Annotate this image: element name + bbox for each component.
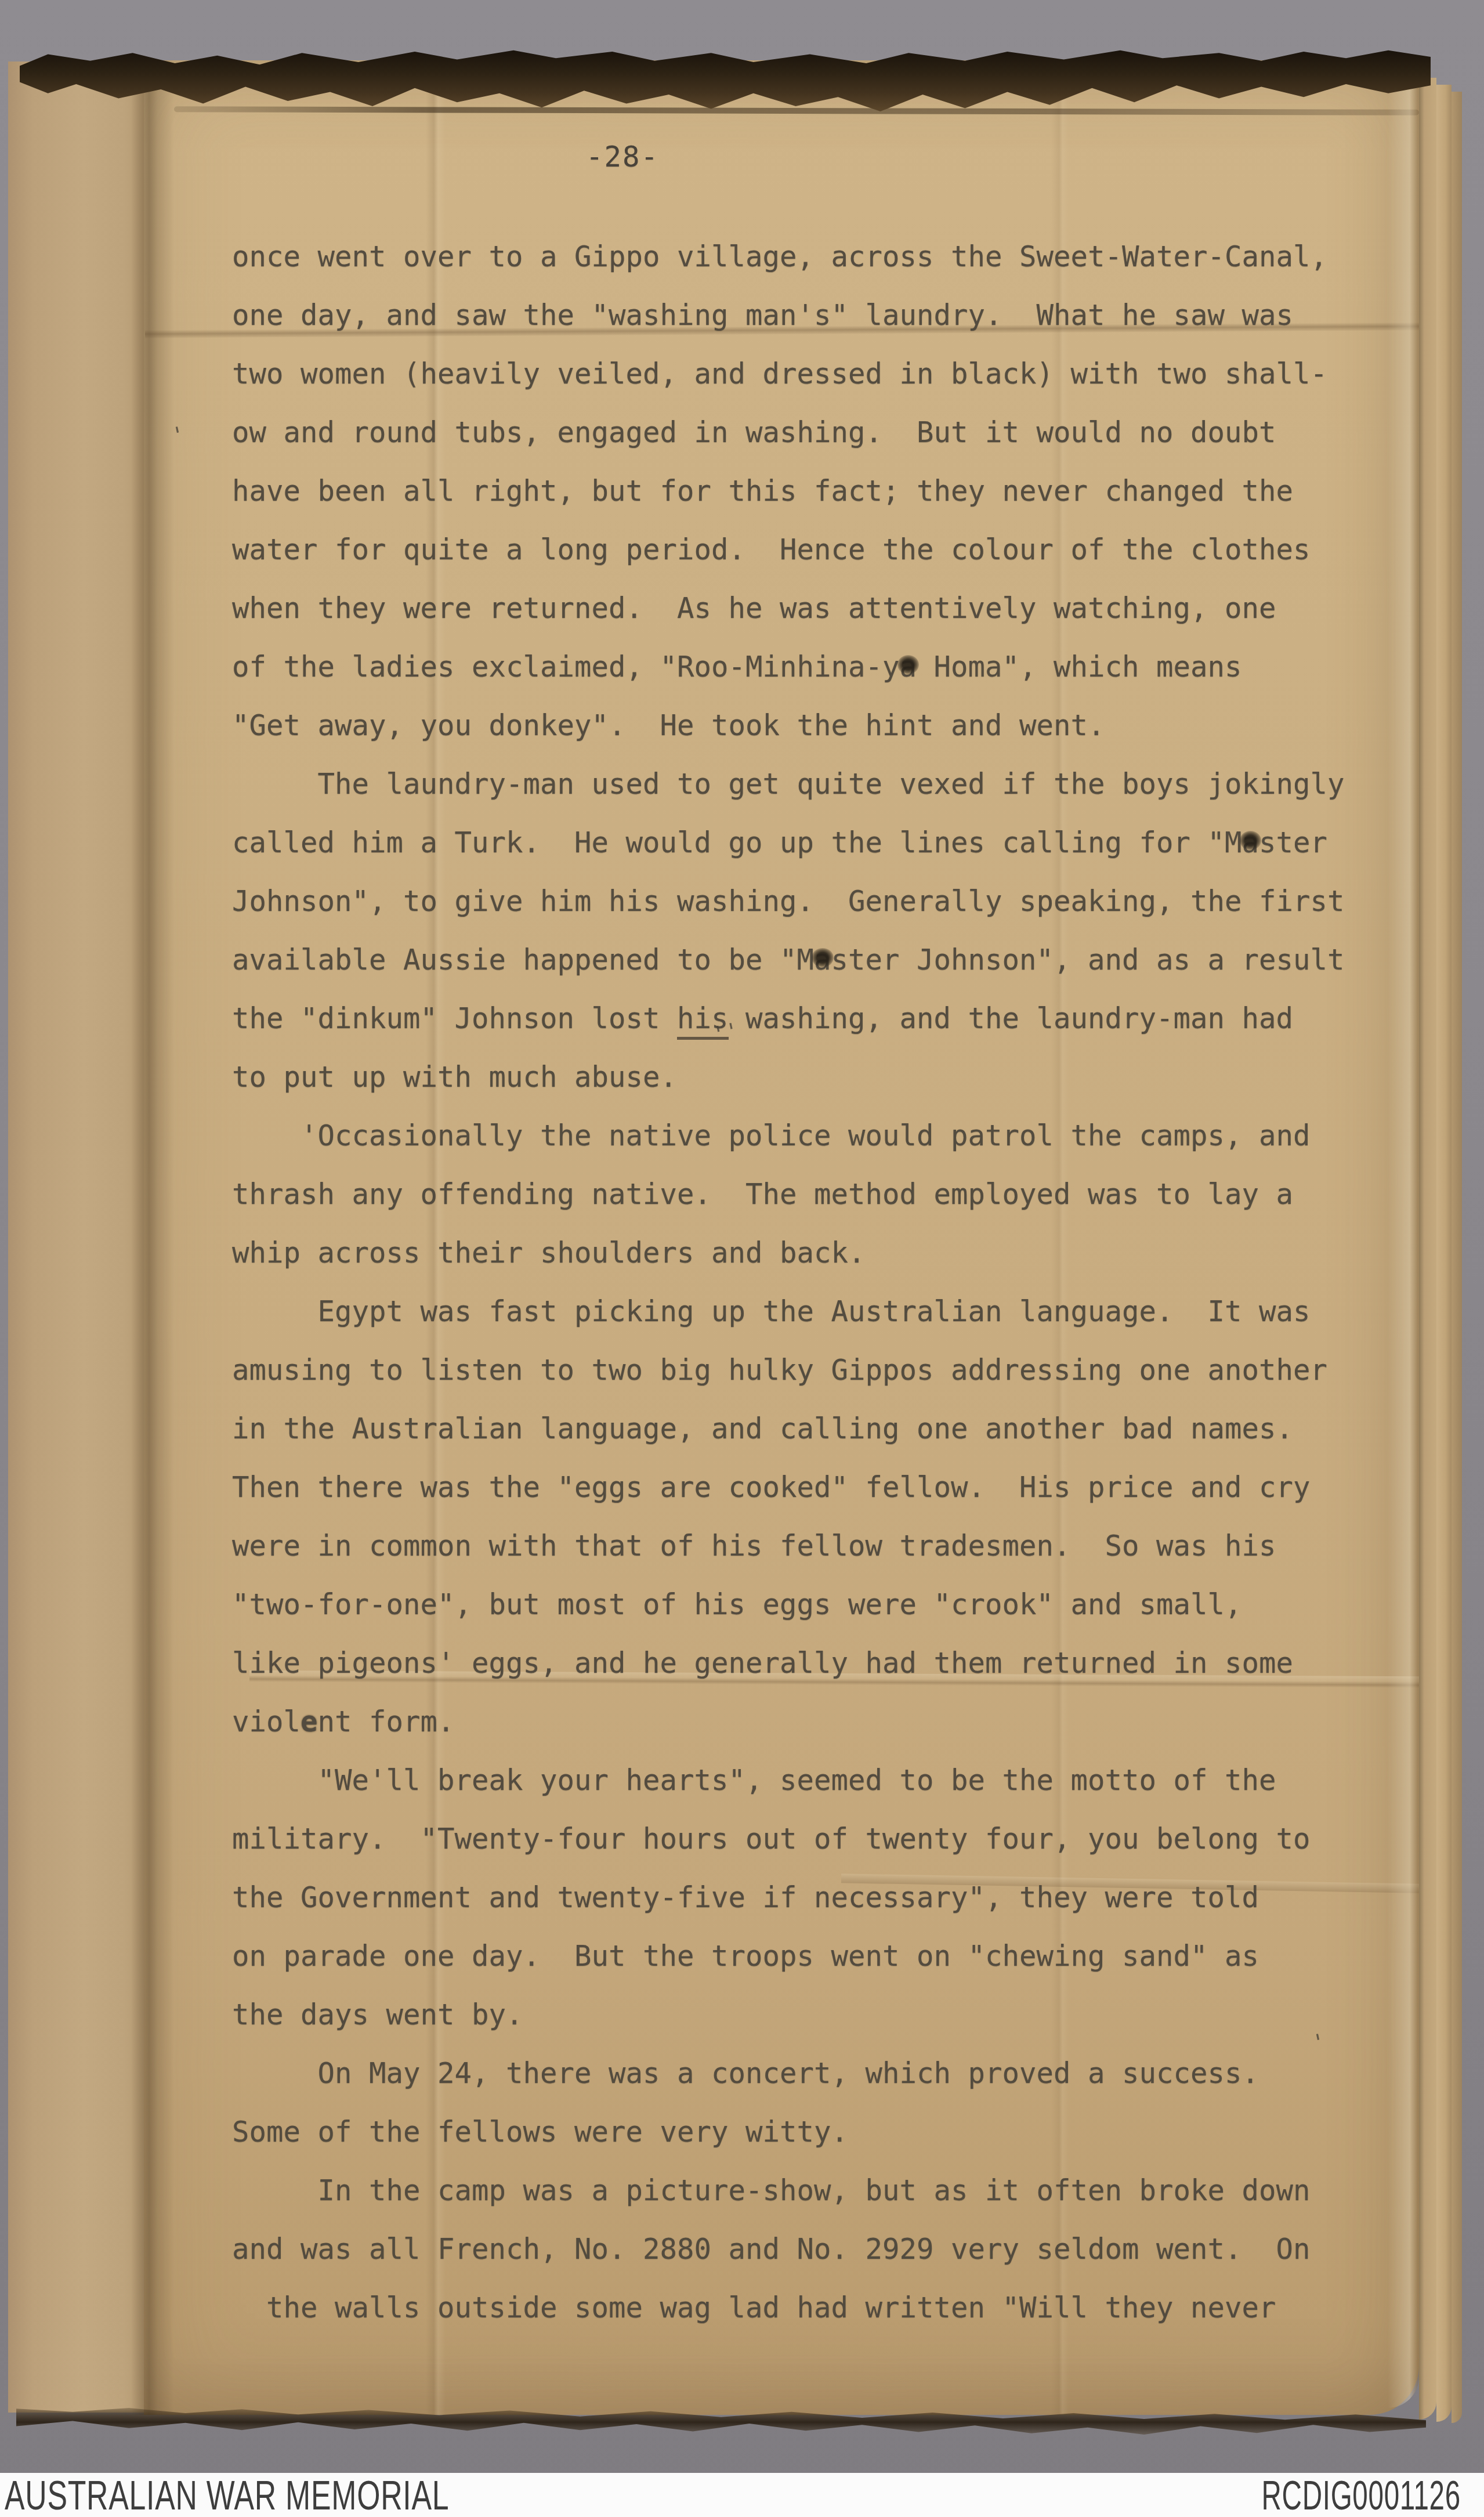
page-stack-edge-3 [1452, 92, 1462, 2423]
typed-line: of the ladies exclaimed, "Roo-Minhina-ya… [232, 638, 1345, 696]
typed-text: called him a Turk. He would go up the li… [232, 826, 1242, 859]
typed-line: once went over to a Gippo village, acros… [232, 227, 1345, 286]
typed-text: and was all French, No. 2880 and No. 292… [232, 2233, 1311, 2266]
overstruck-character: a [1242, 826, 1259, 859]
typed-line: 'Occasionally the native police would pa… [232, 1106, 1345, 1165]
typed-line: The laundry-man used to get quite vexed … [232, 755, 1345, 813]
typed-text: "We'll break your hearts", seemed to be … [232, 1764, 1276, 1797]
scanned-document-root: -28- once went over to a Gippo village, … [0, 0, 1484, 2517]
typed-line: to put up with much abuse. [232, 1048, 1345, 1106]
typed-line: thrash any offending native. The method … [232, 1165, 1345, 1224]
book-gutter-shadow [131, 60, 174, 2415]
page-number: -28- [586, 140, 659, 173]
typed-line: violent form. [232, 1693, 1345, 1751]
typed-line: amusing to listen to two big hulky Gippo… [232, 1341, 1345, 1399]
typed-line: military. "Twenty-four hours out of twen… [232, 1810, 1345, 1868]
typed-line: Egypt was fast picking up the Australian… [232, 1282, 1345, 1341]
typed-text: were in common with that of his fellow t… [232, 1529, 1276, 1563]
typed-text: like pigeons' eggs, and he generally had… [232, 1647, 1293, 1680]
page-stack-edge-1 [1419, 78, 1436, 2420]
typed-line: Some of the fellows were very witty. [232, 2103, 1345, 2161]
typed-text: ster Johnson", and as a result [831, 943, 1345, 977]
typed-text: in the Australian language, and calling … [232, 1412, 1293, 1445]
typed-text: ow and round tubs, engaged in washing. B… [232, 416, 1276, 449]
typed-text: available Aussie happened to be "M [232, 943, 814, 977]
typed-text: one day, and saw the "washing man's" lau… [232, 299, 1293, 332]
typed-text: "Get away, you donkey". He took the hint… [232, 709, 1105, 742]
typed-text: whip across their shoulders and back. [232, 1236, 866, 1270]
archive-name: AUSTRALIAN WAR MEMORIAL [5, 2473, 449, 2517]
typed-line: the days went by. [232, 1986, 1345, 2044]
adjacent-page-left [8, 62, 145, 2413]
typed-text: On May 24, there was a concert, which pr… [232, 2057, 1259, 2090]
typed-line: Then there was the "eggs are cooked" fel… [232, 1458, 1345, 1517]
typed-text: have been all right, but for this fact; … [232, 475, 1293, 508]
typed-text: water for quite a long period. Hence the… [232, 533, 1311, 566]
typed-text: The laundry-man used to get quite vexed … [232, 768, 1345, 801]
typed-text: Homa", which means [917, 650, 1242, 684]
typed-text: Then there was the "eggs are cooked" fel… [232, 1471, 1311, 1504]
typed-line: in the Australian language, and calling … [232, 1399, 1345, 1458]
stray-ink-mark: '' [710, 1018, 741, 1048]
footer-bar: AUSTRALIAN WAR MEMORIAL RCDIG0001126 [0, 2473, 1484, 2517]
typed-line: Johnson", to give him his washing. Gener… [232, 872, 1345, 931]
typed-line: "two-for-one", but most of his eggs were… [232, 1575, 1345, 1634]
typed-text: once went over to a Gippo village, acros… [232, 240, 1327, 273]
overstruck-character: a [900, 650, 917, 684]
typed-text: of the ladies exclaimed, "Roo-Minhina-y [232, 650, 900, 684]
typed-text: viol [232, 1705, 301, 1738]
overstruck-character: a [814, 943, 831, 977]
typed-text: Johnson", to give him his washing. Gener… [232, 885, 1345, 918]
typed-line: like pigeons' eggs, and he generally had… [232, 1634, 1345, 1693]
typed-text: two women (heavily veiled, and dressed i… [232, 357, 1327, 390]
typed-line: on parade one day. But the troops went o… [232, 1927, 1345, 1986]
typed-line: called him a Turk. He would go up the li… [232, 813, 1345, 872]
typed-text: military. "Twenty-four hours out of twen… [232, 1822, 1311, 1856]
typed-line: available Aussie happened to be "Master … [232, 931, 1345, 989]
typed-text: "two-for-one", but most of his eggs were… [232, 1588, 1242, 1621]
typed-line: ow and round tubs, engaged in washing. B… [232, 403, 1345, 462]
typed-line: the walls outside some wag lad had writt… [232, 2279, 1345, 2337]
typed-line: "Get away, you donkey". He took the hint… [232, 696, 1345, 755]
typed-line: In the camp was a picture-show, but as i… [232, 2161, 1345, 2220]
page-right-edge-curl [1388, 70, 1419, 2408]
typed-line: whip across their shoulders and back. [232, 1224, 1345, 1282]
typed-line: the Government and twenty-five if necess… [232, 1868, 1345, 1927]
typed-line: two women (heavily veiled, and dressed i… [232, 345, 1345, 403]
typed-text: In the camp was a picture-show, but as i… [232, 2174, 1311, 2207]
typed-line: "We'll break your hearts", seemed to be … [232, 1751, 1345, 1810]
typed-text: to put up with much abuse. [232, 1061, 677, 1094]
typed-line: have been all right, but for this fact; … [232, 462, 1345, 520]
typed-text: when they were returned. As he was atten… [232, 592, 1276, 625]
typed-text: nt form. [318, 1705, 455, 1738]
typed-text: Egypt was fast picking up the Australian… [232, 1295, 1311, 1328]
typed-text: thrash any offending native. The method … [232, 1178, 1293, 1211]
typed-text: 'Occasionally the native police would pa… [232, 1119, 1311, 1152]
typed-line: when they were returned. As he was atten… [232, 579, 1345, 638]
typed-text: the walls outside some wag lad had writt… [232, 2291, 1276, 2324]
typed-text: washing, and the laundry-man had [729, 1002, 1294, 1035]
typed-text: Some of the fellows were very witty. [232, 2115, 848, 2149]
typed-text: the days went by. [232, 1998, 523, 2031]
page-stack-edge-2 [1436, 85, 1452, 2422]
typed-line: were in common with that of his fellow t… [232, 1517, 1345, 1575]
typed-text-block: once went over to a Gippo village, acros… [232, 227, 1345, 2337]
reference-id: RCDIG0001126 [1262, 2473, 1461, 2517]
typed-line: one day, and saw the "washing man's" lau… [232, 286, 1345, 345]
typed-text: the Government and twenty-five if necess… [232, 1881, 1259, 1914]
typed-text: ster [1259, 826, 1327, 859]
typed-line: and was all French, No. 2880 and No. 292… [232, 2220, 1345, 2279]
typed-line: the "dinkum" Johnson lost his washing, a… [232, 989, 1345, 1048]
typed-line: On May 24, there was a concert, which pr… [232, 2044, 1345, 2103]
typed-text: amusing to listen to two big hulky Gippo… [232, 1354, 1327, 1387]
typed-text: the "dinkum" Johnson lost [232, 1002, 677, 1035]
typed-text: e [301, 1705, 318, 1738]
typed-text: on parade one day. But the troops went o… [232, 1940, 1259, 1973]
typed-line: water for quite a long period. Hence the… [232, 520, 1345, 579]
